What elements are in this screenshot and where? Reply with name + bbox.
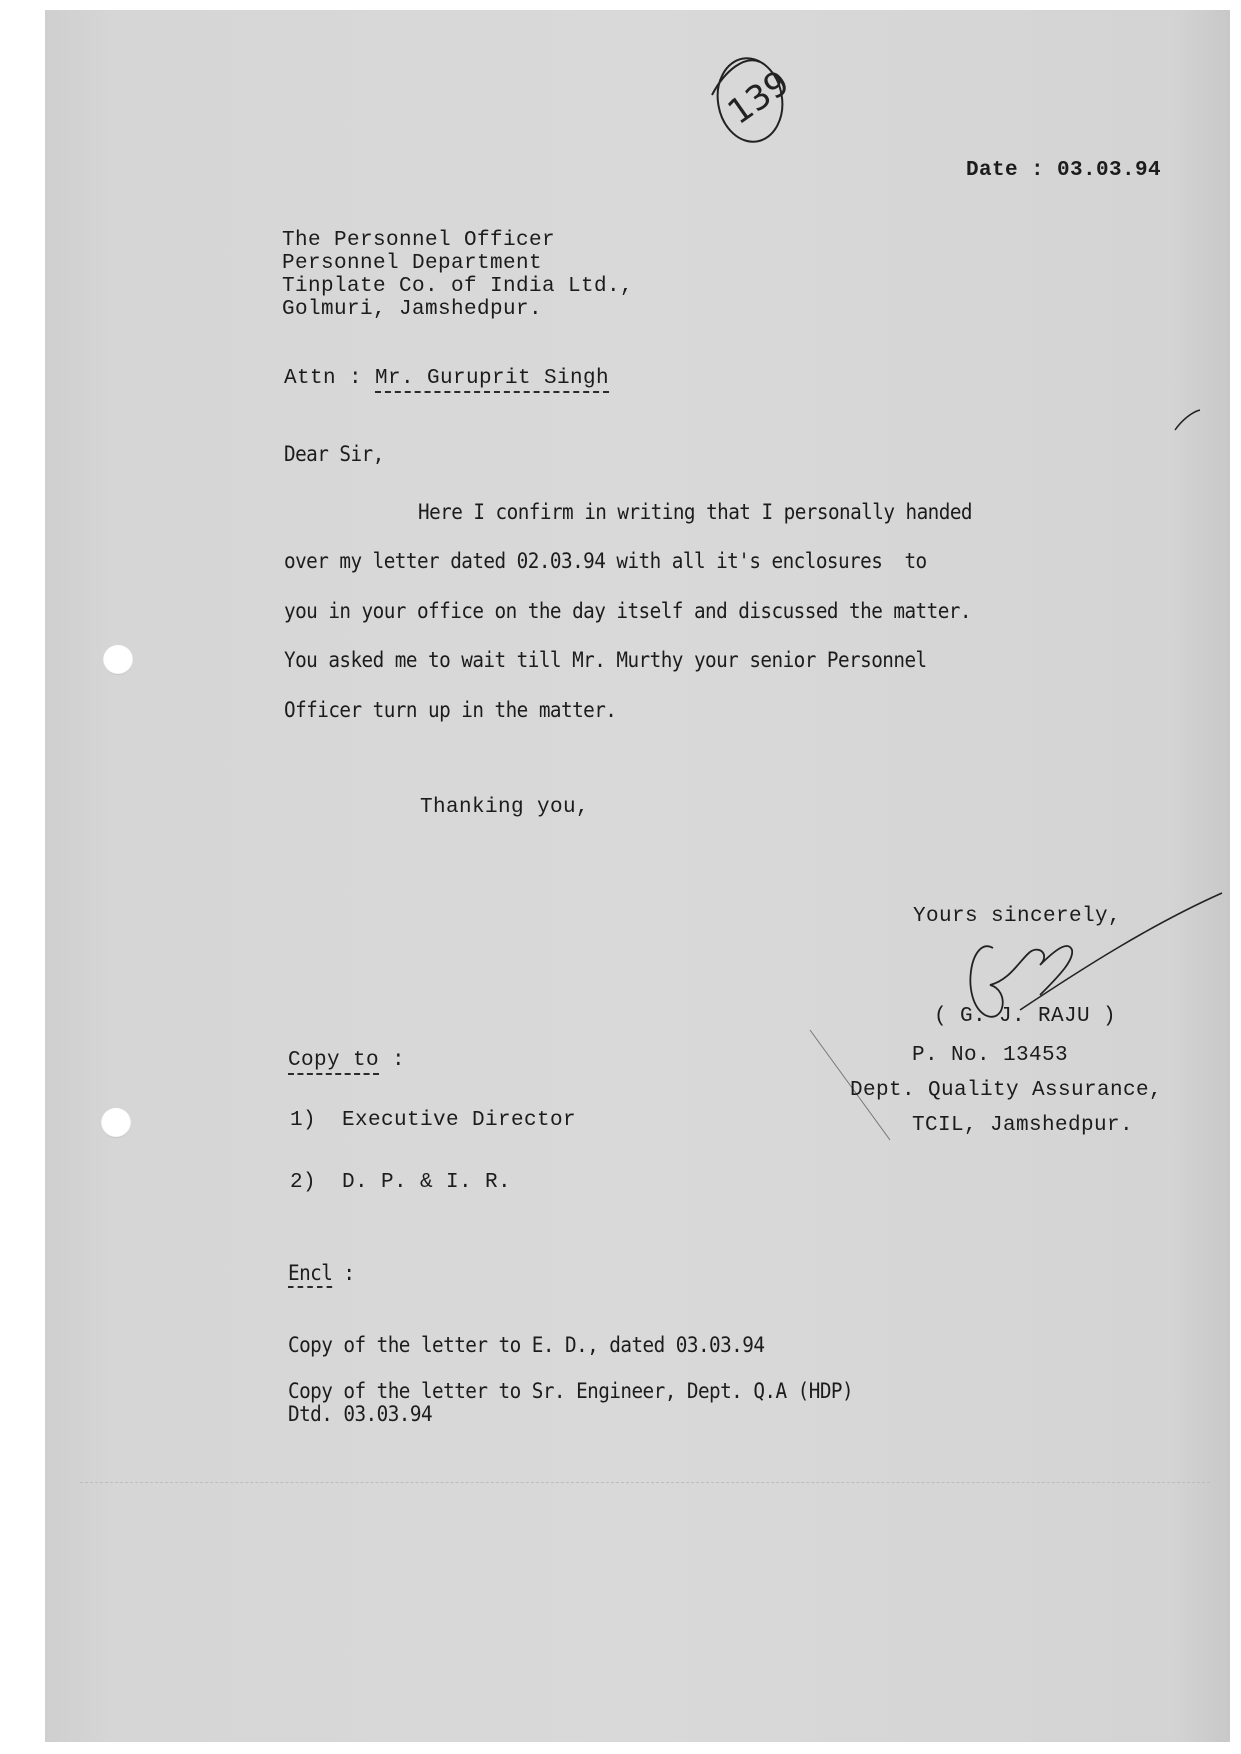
punch-hole-top [103,645,133,675]
attn-label: Attn : [284,367,375,390]
enclosure-item: Dtd. 03.03.94 [288,1403,432,1425]
signatory-location: TCIL, Jamshedpur. [912,1115,1133,1137]
recipient-line: Tinplate Co. of India Ltd., [282,276,633,298]
signatory-department: Dept. Quality Assurance, [850,1080,1162,1102]
enclosures-heading: Encl : [288,1262,354,1284]
punch-hole-bottom [101,1108,131,1138]
faint-divider [80,1482,1210,1483]
recipient-line: Golmuri, Jamshedpur. [282,299,542,321]
attention-line: Attn : Mr. Guruprit Singh [284,368,609,390]
salutation: Dear Sir, [284,443,384,465]
signatory-personal-no: P. No. 13453 [912,1045,1068,1067]
recipient-line: Personnel Department [282,253,542,275]
enclosure-item: Copy of the letter to E. D., dated 03.03… [288,1334,764,1356]
recipient-line: The Personnel Officer [282,230,555,252]
attn-name: Mr. Guruprit Singh [375,367,609,393]
thanks-line: Thanking you, [420,797,589,819]
copy-to-item: 1) Executive Director [290,1110,576,1132]
enclosure-item: Copy of the letter to Sr. Engineer, Dept… [288,1380,853,1402]
copy-to-heading: Copy to : [288,1050,405,1072]
closing: Yours sincerely, [913,906,1121,928]
body-line: Here I confirm in writing that I persona… [418,501,972,523]
letter-date: Date : 03.03.94 [966,160,1161,182]
body-line: you in your office on the day itself and… [284,600,971,622]
copy-to-item: 2) D. P. & I. R. [290,1172,511,1194]
signatory-name: ( G. J. RAJU ) [934,1006,1116,1028]
body-line: over my letter dated 02.03.94 with all i… [284,550,927,572]
body-line: Officer turn up in the matter. [284,699,616,721]
body-line: You asked me to wait till Mr. Murthy you… [284,649,927,671]
